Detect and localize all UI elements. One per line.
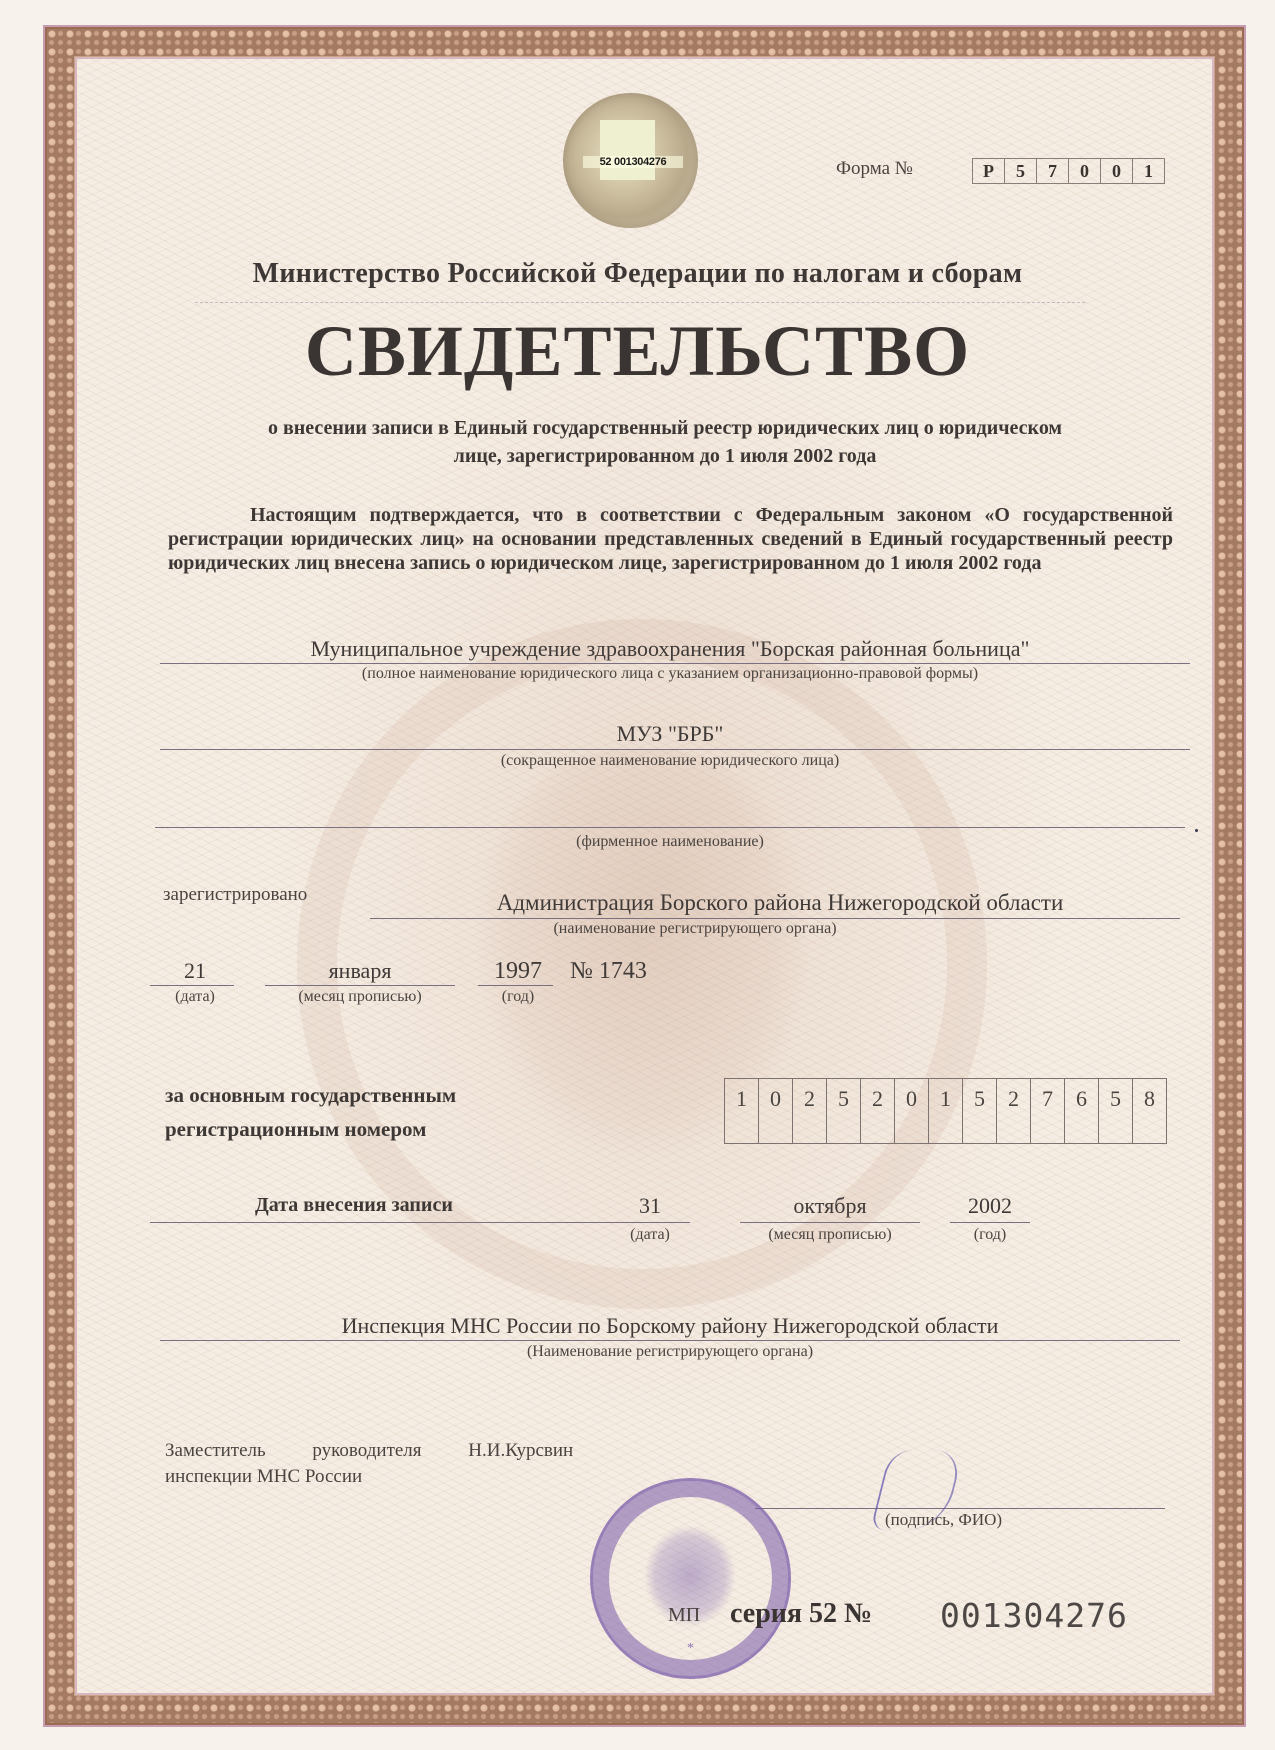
form-cell: Р: [973, 159, 1004, 183]
ogrn-digit: 2: [860, 1079, 894, 1143]
short-name-line: [160, 749, 1190, 750]
ogrn-digit: 0: [894, 1079, 928, 1143]
reg-month-value: января: [265, 958, 455, 984]
mp-label: МП: [668, 1604, 700, 1627]
ministry-heading: Министерство Российской Федерации по нал…: [0, 258, 1275, 290]
reg-day-caption: (дата): [150, 988, 240, 1006]
coat-of-arms-icon: [600, 120, 655, 180]
ogrn-label: за основным государственным регистрацион…: [165, 1078, 456, 1146]
form-cell: 0: [1068, 159, 1100, 183]
full-name-value: Муниципальное учреждение здравоохранения…: [160, 636, 1180, 662]
entry-year-line: [950, 1222, 1030, 1223]
ogrn-digit: 6: [1064, 1079, 1098, 1143]
brand-name-caption: (фирменное наименование): [160, 833, 1180, 851]
signature-caption: (подпись, ФИО): [885, 1510, 1002, 1530]
confirmation-paragraph: Настоящим подтверждается, что в соответс…: [168, 503, 1173, 575]
ogrn-label-line: за основным государственным: [165, 1078, 456, 1112]
inspection-line: [160, 1340, 1180, 1341]
reg-year-caption: (год): [478, 988, 558, 1006]
ogrn-label-line: регистрационным номером: [165, 1112, 456, 1146]
form-number-label: Форма №: [836, 158, 913, 180]
document-title: СВИДЕТЕЛЬСТВО: [0, 310, 1275, 393]
entry-month-value: октября: [740, 1193, 920, 1219]
registered-label: зарегистрировано: [163, 884, 307, 906]
entry-year-caption: (год): [950, 1226, 1030, 1244]
hologram-number: 52 001304276: [583, 156, 683, 168]
subtitle-line: о внесении записи в Единый государственн…: [150, 414, 1180, 442]
reg-year-value: 1997: [478, 958, 558, 985]
form-cell: 5: [1004, 159, 1036, 183]
ogrn-digit: 1: [725, 1079, 758, 1143]
entry-day-line: [610, 1222, 690, 1223]
reg-number-value: № 1743: [570, 958, 647, 985]
subtitle-line: лице, зарегистрированном до 1 июля 2002 …: [150, 442, 1180, 470]
official-stamp: *: [590, 1478, 791, 1679]
ink-dot: [1195, 829, 1198, 832]
entry-date-label: Дата внесения записи: [255, 1194, 453, 1217]
authority-caption: (наименование регистрирующего органа): [370, 920, 1020, 938]
full-name-line: [160, 663, 1190, 664]
form-cell: 7: [1036, 159, 1068, 183]
document-subtitle: о внесении записи в Единый государственн…: [150, 414, 1180, 470]
signature-line: [755, 1508, 1165, 1509]
stamp-star-icon: *: [593, 1641, 788, 1657]
brand-name-line: [155, 827, 1185, 828]
entry-day-value: 31: [610, 1193, 690, 1219]
ogrn-digit: 0: [758, 1079, 792, 1143]
signatory-title: Заместитель руководителя Н.И.Курсвин: [165, 1438, 573, 1464]
ogrn-digit: 1: [928, 1079, 962, 1143]
entry-label-line: [150, 1222, 625, 1223]
ogrn-digit: 2: [996, 1079, 1030, 1143]
divider: [195, 302, 1085, 303]
entry-month-caption: (месяц прописью): [740, 1226, 920, 1244]
entry-month-line: [740, 1222, 920, 1223]
signatory-block: Заместитель руководителя Н.И.Курсвин инс…: [165, 1438, 573, 1490]
authority-line: [370, 918, 1180, 919]
signatory-org: инспекции МНС России: [165, 1464, 573, 1490]
ogrn-digit: 2: [792, 1079, 826, 1143]
reg-year-line: [478, 985, 553, 986]
form-cell: 0: [1100, 159, 1132, 183]
entry-year-value: 2002: [950, 1193, 1030, 1219]
reg-month-line: [265, 985, 455, 986]
hologram-seal: 52 001304276: [563, 93, 698, 228]
entry-day-caption: (дата): [610, 1226, 690, 1244]
full-name-caption: (полное наименование юридического лица с…: [160, 665, 1180, 683]
ogrn-digit: 5: [962, 1079, 996, 1143]
registering-authority-value: Администрация Борского района Нижегородс…: [370, 890, 1190, 916]
reg-month-caption: (месяц прописью): [265, 988, 455, 1006]
form-number-cells: Р 5 7 0 0 1: [972, 158, 1165, 184]
ogrn-digit: 5: [1098, 1079, 1132, 1143]
inspection-name-value: Инспекция МНС России по Борскому району …: [160, 1313, 1180, 1339]
form-cell: 1: [1132, 159, 1164, 183]
reg-day-value: 21: [150, 958, 240, 984]
reg-day-line: [150, 985, 234, 986]
series-label: серия 52 №: [730, 1598, 872, 1630]
ogrn-digit: 8: [1132, 1079, 1166, 1143]
inspection-caption: (Наименование регистрирующего органа): [160, 1343, 1180, 1361]
short-name-value: МУЗ "БРБ": [160, 721, 1180, 747]
serial-number: 001304276: [940, 1596, 1128, 1635]
ogrn-digit: 7: [1030, 1079, 1064, 1143]
short-name-caption: (сокращенное наименование юридического л…: [160, 752, 1180, 770]
ogrn-digit: 5: [826, 1079, 860, 1143]
ogrn-cells: 1 0 2 5 2 0 1 5 2 7 6 5 8: [724, 1078, 1167, 1144]
